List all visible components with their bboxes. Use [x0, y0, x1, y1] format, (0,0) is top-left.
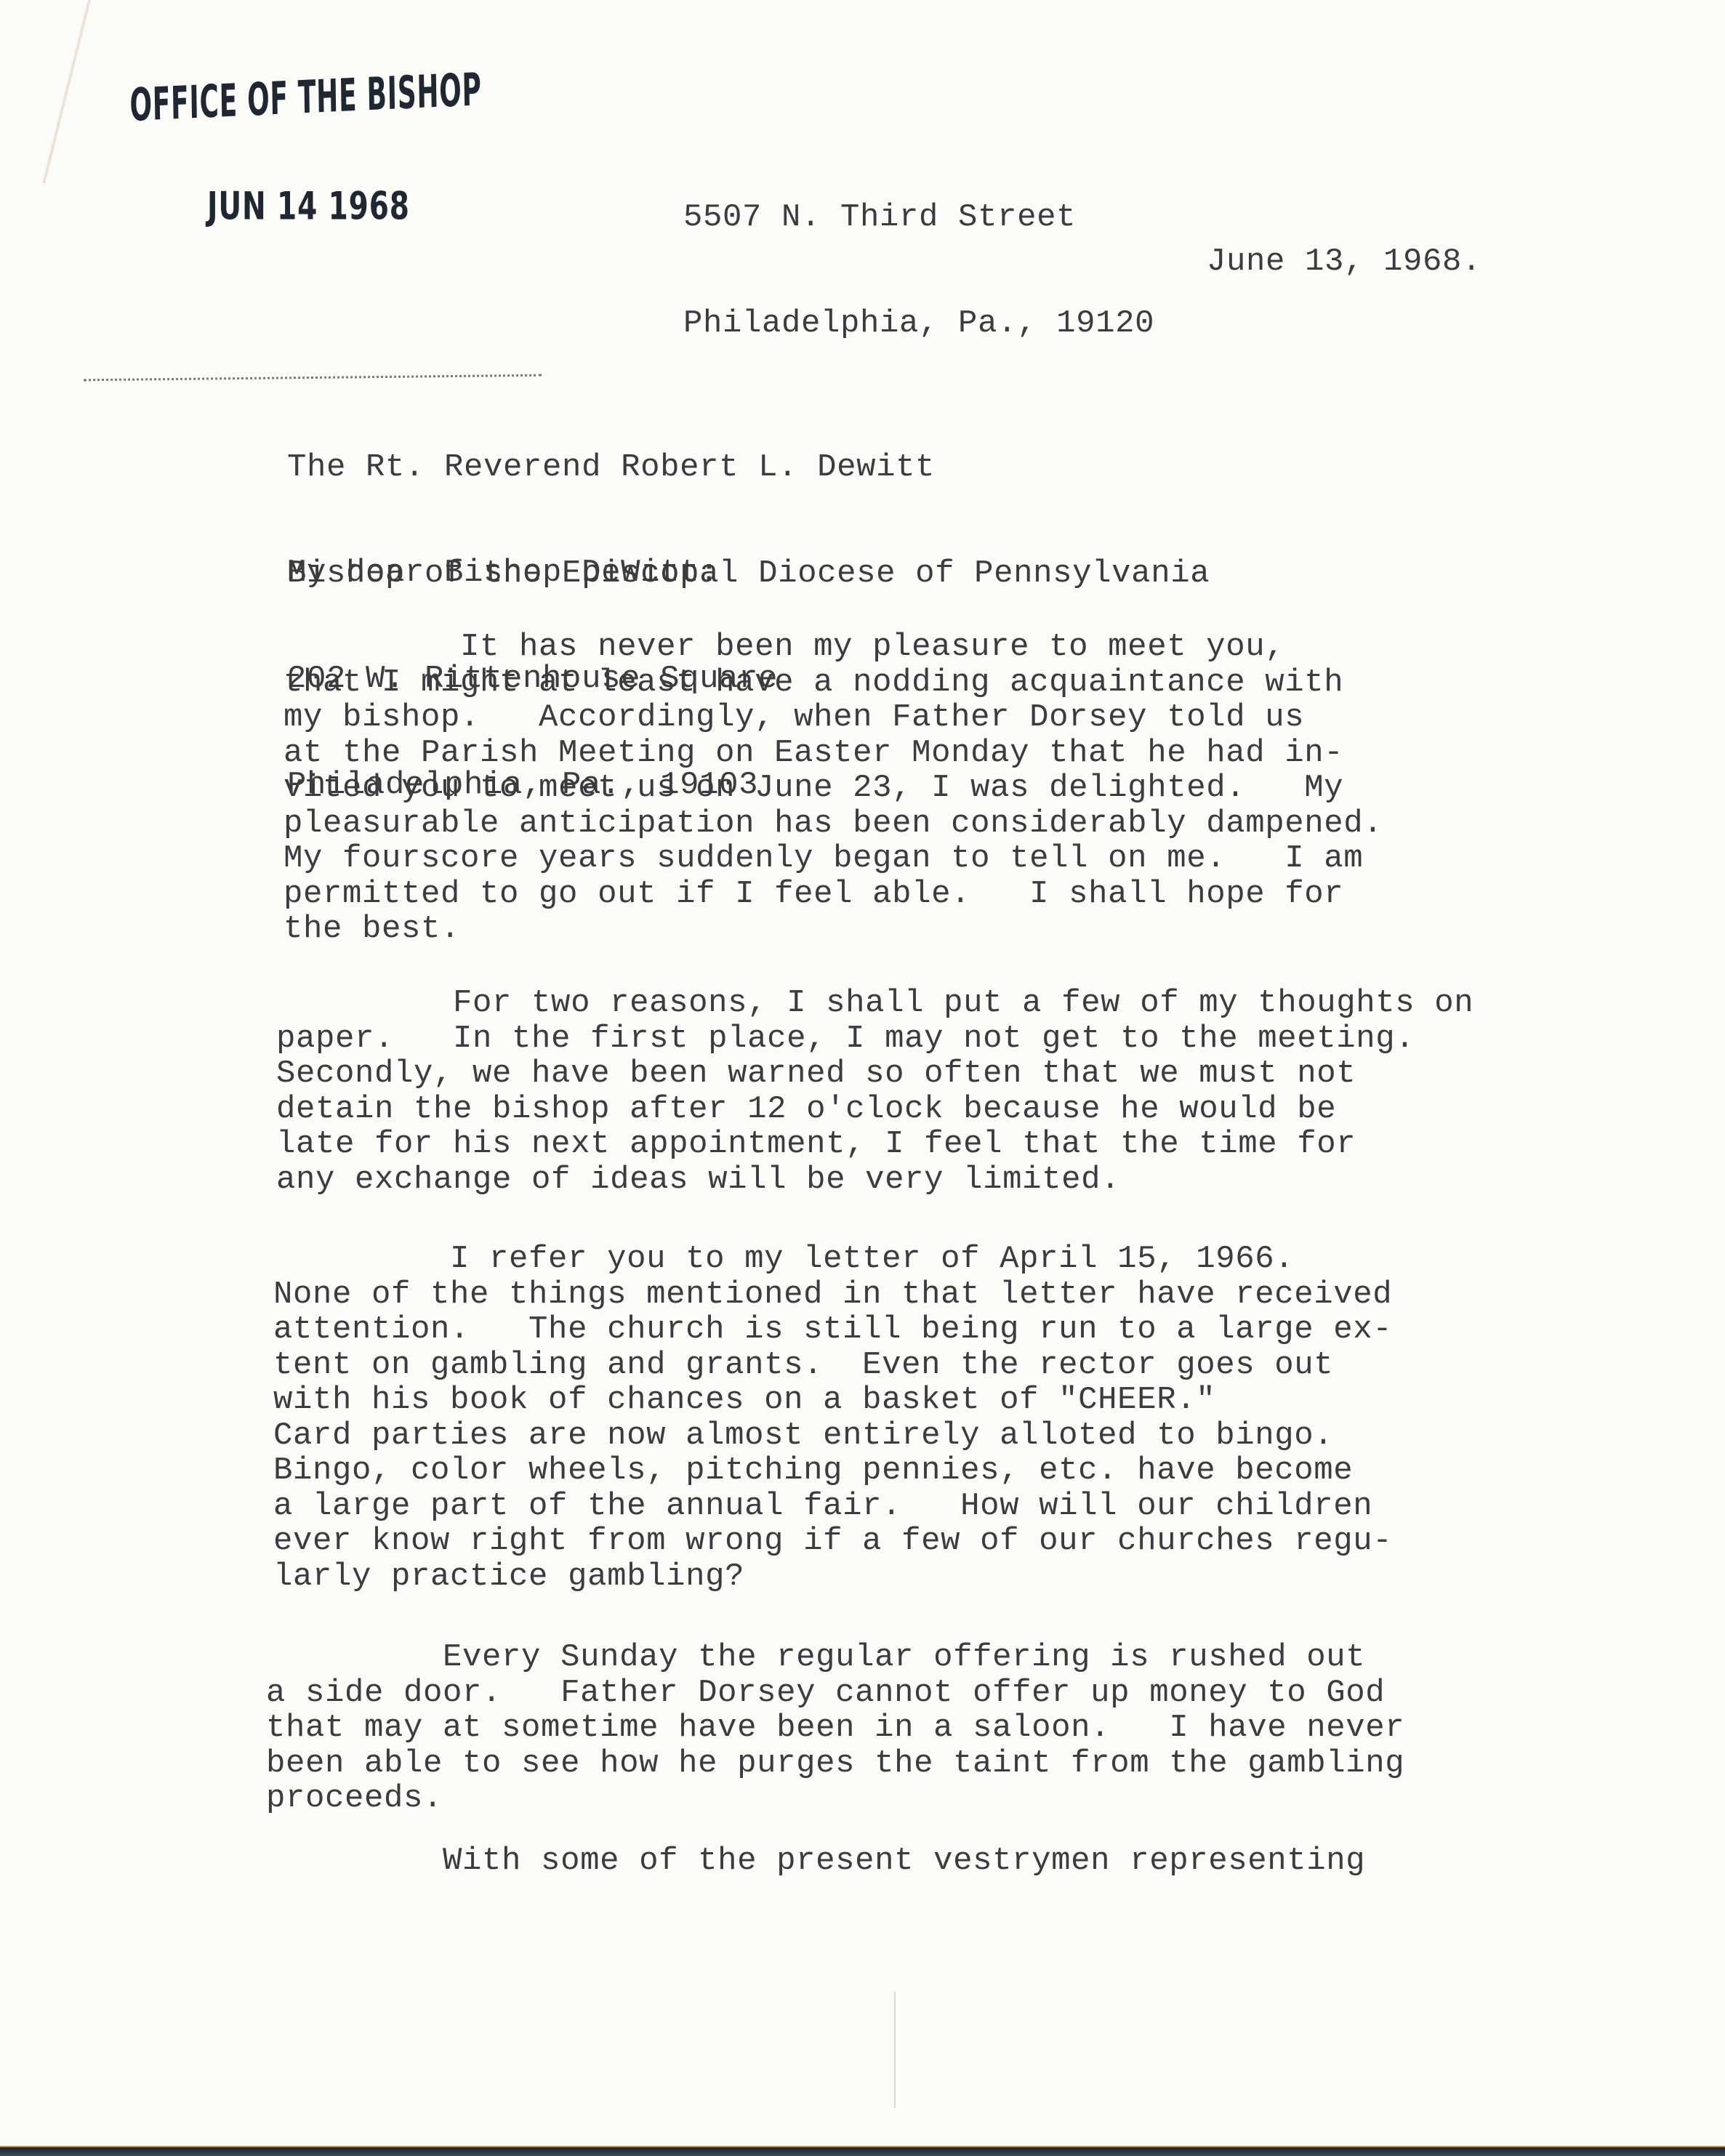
paragraph-3: I refer you to my letter of April 15, 19… — [273, 1242, 1392, 1594]
text-line: the best. — [284, 912, 1383, 947]
text-line: a large part of the annual fair. How wil… — [273, 1489, 1392, 1524]
paper-edge — [0, 2146, 1725, 2156]
text-line: vited you to meet us on June 23, I was d… — [284, 771, 1383, 806]
text-line: paper. In the first place, I may not get… — [276, 1021, 1473, 1057]
paragraph-2: For two reasons, I shall put a few of my… — [276, 986, 1473, 1197]
text-line: detain the bishop after 12 o'clock becau… — [276, 1092, 1473, 1127]
text-line: larly practice gambling? — [273, 1559, 1392, 1595]
text-line: proceeds. — [266, 1781, 1404, 1817]
text-line: been able to see how he purges the taint… — [266, 1746, 1404, 1782]
text-line: tent on gambling and grants. Even the re… — [273, 1348, 1392, 1383]
text-line: that may at sometime have been in a salo… — [266, 1710, 1404, 1746]
return-address-line: 5507 N. Third Street — [683, 200, 1154, 236]
text-line: ever know right from wrong if a few of o… — [273, 1524, 1392, 1559]
text-line: permitted to go out if I feel able. I sh… — [284, 877, 1383, 912]
inside-address-line: The Rt. Reverend Robert L. Dewitt — [287, 450, 1210, 486]
text-line: Card parties are now almost entirely all… — [273, 1418, 1392, 1454]
text-line: None of the things mentioned in that let… — [273, 1277, 1392, 1313]
text-line: My fourscore years suddenly began to tel… — [284, 841, 1383, 877]
text-line: Bingo, color wheels, pitching pennies, e… — [273, 1453, 1392, 1489]
text-line: at the Parish Meeting on Easter Monday t… — [284, 736, 1383, 771]
text-line: my bishop. Accordingly, when Father Dors… — [284, 700, 1383, 736]
letter-date: June 13, 1968. — [1207, 244, 1481, 280]
text-line: It has never been my pleasure to meet yo… — [284, 629, 1383, 665]
text-line: late for his next appointment, I feel th… — [276, 1127, 1473, 1162]
paragraph-4: Every Sunday the regular offering is rus… — [266, 1640, 1404, 1817]
office-stamp: OFFICE OF THE BISHOP — [129, 63, 482, 132]
text-line: For two reasons, I shall put a few of my… — [276, 986, 1473, 1021]
salutation: My dear Bishop DeWitt: — [287, 555, 719, 591]
text-line: that I might at least have a nodding acq… — [284, 665, 1383, 701]
received-date-stamp: JUN 14 1968 — [207, 183, 410, 228]
text-line: Every Sunday the regular offering is rus… — [266, 1640, 1404, 1676]
text-line: pleasurable anticipation has been consid… — [284, 806, 1383, 842]
text-line: I refer you to my letter of April 15, 19… — [273, 1242, 1392, 1277]
text-line: a side door. Father Dorsey cannot offer … — [266, 1676, 1404, 1711]
text-line: with his book of chances on a basket of … — [273, 1383, 1392, 1418]
fold-mark — [894, 1992, 896, 2108]
paragraph-5: With some of the present vestrymen repre… — [266, 1843, 1365, 1879]
text-line: Secondly, we have been warned so often t… — [276, 1056, 1473, 1092]
paragraph-1: It has never been my pleasure to meet yo… — [284, 629, 1383, 947]
return-address-line: Philadelphia, Pa., 19120 — [683, 306, 1154, 342]
paper-crease — [41, 0, 92, 184]
text-line: attention. The church is still being run… — [273, 1312, 1392, 1348]
text-line: With some of the present vestrymen repre… — [266, 1843, 1365, 1879]
return-address: 5507 N. Third Street Philadelphia, Pa., … — [683, 129, 1154, 411]
text-line: any exchange of ideas will be very limit… — [276, 1162, 1473, 1198]
